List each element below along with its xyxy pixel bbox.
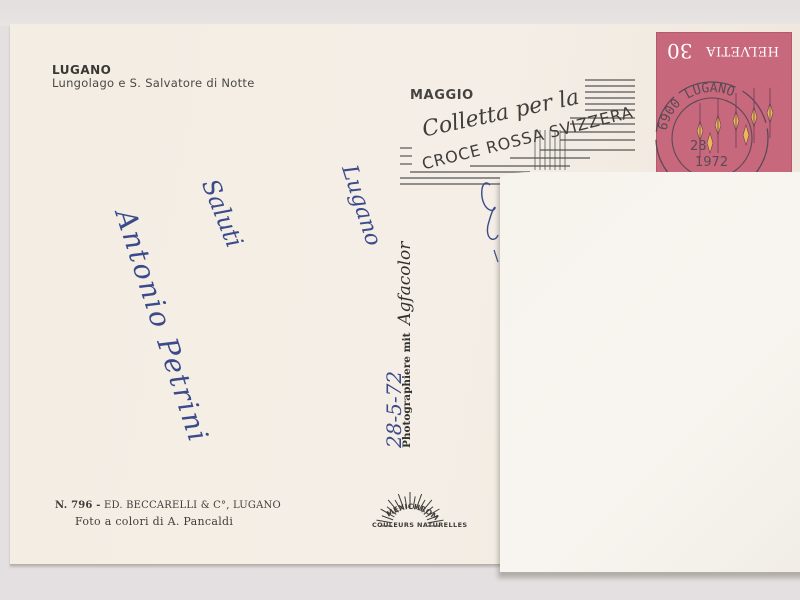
photo-credit: Foto a colori di A. Pancaldi bbox=[75, 515, 233, 528]
logo-tagline: COULEURS NATURELLES bbox=[372, 521, 468, 529]
svg-text:MEXICHROME: MEXICHROME bbox=[365, 488, 440, 522]
publisher-name: ED. BECCARELLI & C°, LUGANO bbox=[104, 500, 281, 511]
handwritten-date: 28-5-72 bbox=[382, 371, 406, 448]
background-surface bbox=[0, 0, 800, 26]
caption-title: LUGANO bbox=[52, 63, 111, 77]
postmark-year: 1972 bbox=[695, 155, 728, 170]
publisher-line: N. 796 - ED. BECCARELLI & C°, LUGANO bbox=[55, 500, 281, 511]
caption-subtitle: Lungolago e S. Salvatore di Notte bbox=[52, 76, 255, 90]
svg-text:6900 LUGANO: 6900 LUGANO bbox=[656, 81, 737, 132]
postmark-date: 28 bbox=[690, 139, 707, 154]
logo-brand: MEXICHROME bbox=[365, 488, 440, 522]
credit-brand: Agfacolor bbox=[395, 242, 415, 325]
cancellation-month: MAGGIO bbox=[410, 88, 474, 103]
paper-note bbox=[500, 172, 800, 572]
card-number: N. 796 - bbox=[55, 500, 101, 511]
